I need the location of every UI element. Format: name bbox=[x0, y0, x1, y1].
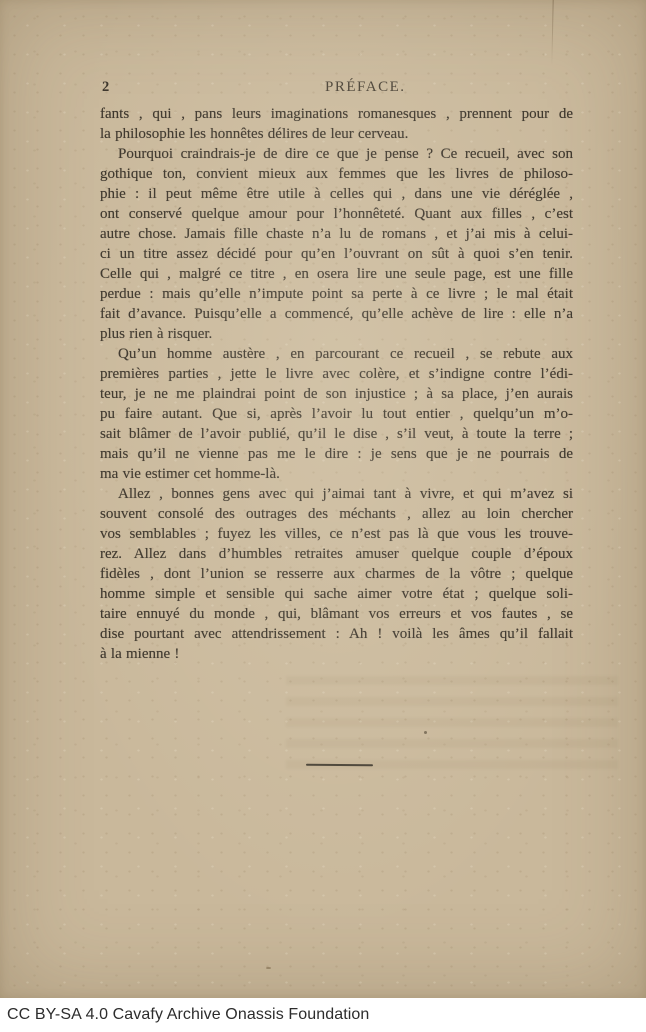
text-line: ma vie estimer cet homme-là. bbox=[100, 464, 573, 484]
text-line: Celle qui , malgré ce titre , en osera l… bbox=[100, 264, 573, 284]
text-line: sait blâmer de l’avoir publié, qu’il le … bbox=[100, 424, 573, 444]
book-page-scan: 2 PRÉFACE. fants , qui , pans leurs imag… bbox=[0, 0, 646, 998]
text-line: la philosophie les honnêtes délires de l… bbox=[100, 124, 573, 144]
text-line: plus rien à risquer. bbox=[100, 324, 573, 344]
text-line: dise pourtant avec attendrissement : Ah … bbox=[100, 624, 573, 644]
text-line: Pourquoi craindrais-je de dire ce que je… bbox=[100, 144, 573, 164]
page-edge-crease bbox=[551, 0, 553, 66]
text-line: perdue : mais qu’elle n’impute point sa … bbox=[100, 284, 573, 304]
text-line: Qu’un homme austère , en parcourant ce r… bbox=[100, 344, 573, 364]
text-line: vos semblables ; fuyez les villes, ce n’… bbox=[100, 524, 573, 544]
license-bar: CC BY-SA 4.0 Cavafy Archive Onassis Foun… bbox=[0, 998, 646, 1032]
paper-speck bbox=[424, 731, 427, 734]
license-text: CC BY-SA 4.0 Cavafy Archive Onassis Foun… bbox=[0, 1006, 369, 1024]
text-line: à la mienne ! bbox=[100, 644, 573, 664]
text-line: rez. Allez dans d’humbles retraites amus… bbox=[100, 544, 573, 564]
text-line: souvent consolé des outrages des méchant… bbox=[100, 504, 573, 524]
text-line: phie : il peut même être utile à celles … bbox=[100, 184, 573, 204]
text-line: fants , qui , pans leurs imaginations ro… bbox=[100, 104, 573, 124]
text-line: gothique ton, convient mieux aux femmes … bbox=[100, 164, 573, 184]
text-line: premières parties , jette le livre avec … bbox=[100, 364, 573, 384]
text-line: autre chose. Jamais fille chaste n’a lu … bbox=[100, 224, 573, 244]
paper-speck bbox=[266, 967, 271, 969]
text-line: homme simple et sensible qui sache aimer… bbox=[100, 584, 573, 604]
text-line: pu faire autant. Que si, après l’avoir l… bbox=[100, 404, 573, 424]
text-line: Allez , bonnes gens avec qui j’aimai tan… bbox=[100, 484, 573, 504]
text-line: ci un titre assez décidé pour qu’en l’ou… bbox=[100, 244, 573, 264]
page-number: 2 bbox=[102, 79, 109, 96]
running-header: PRÉFACE. bbox=[325, 79, 406, 96]
verso-show-through bbox=[286, 676, 618, 776]
text-line: ont conservé quelque amour pour l’honnêt… bbox=[100, 204, 573, 224]
section-divider-rule bbox=[306, 764, 373, 766]
text-block: fants , qui , pans leurs imaginations ro… bbox=[100, 104, 573, 664]
text-line: fait d’avance. Puisqu’elle a commencé, q… bbox=[100, 304, 573, 324]
text-line: fidèles , dont l’union se resserre aux c… bbox=[100, 564, 573, 584]
text-line: teur, je ne me plaindrai point de son in… bbox=[100, 384, 573, 404]
text-line: taire ennuyé du monde , qui, blâmant vos… bbox=[100, 604, 573, 624]
text-line: mais qu’il ne vienne pas me le dire : je… bbox=[100, 444, 573, 464]
